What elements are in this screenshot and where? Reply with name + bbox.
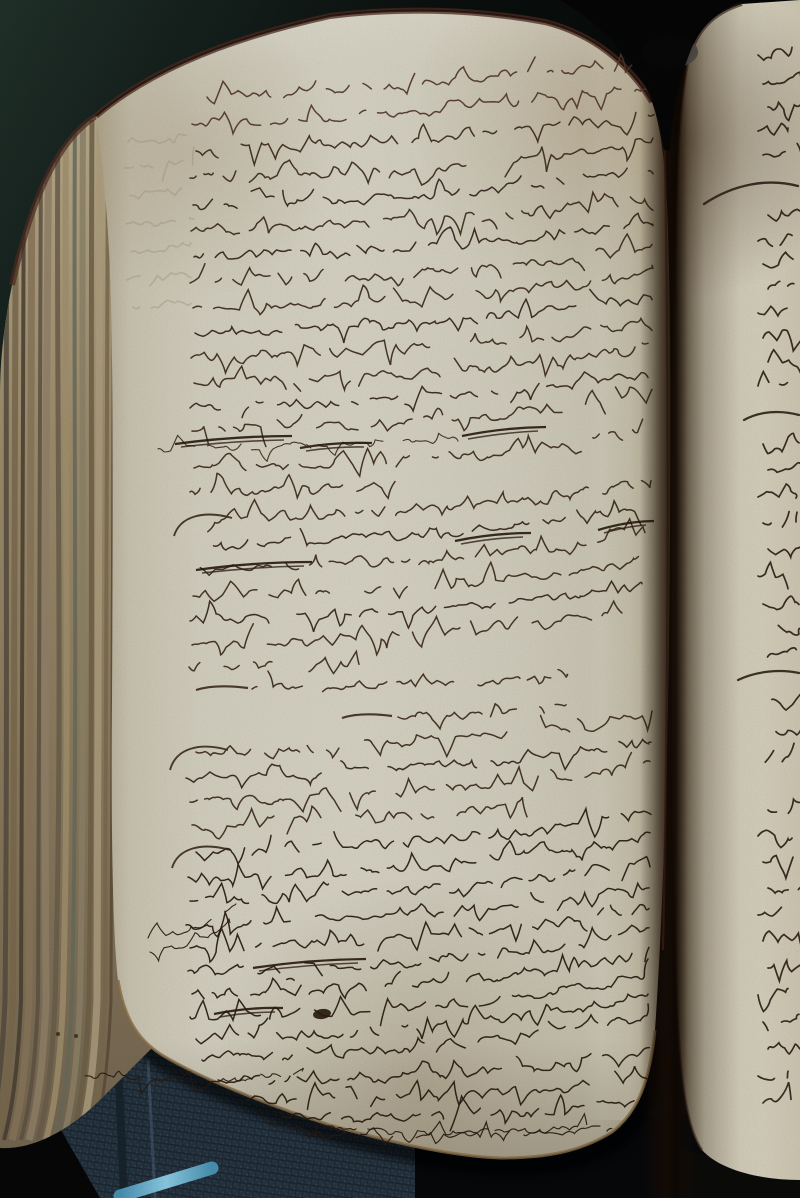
photo-grain-overlay (0, 0, 800, 1198)
manuscript-scene (0, 0, 800, 1198)
manuscript-photograph: Photograph of an opened bound manuscript… (0, 0, 800, 1198)
